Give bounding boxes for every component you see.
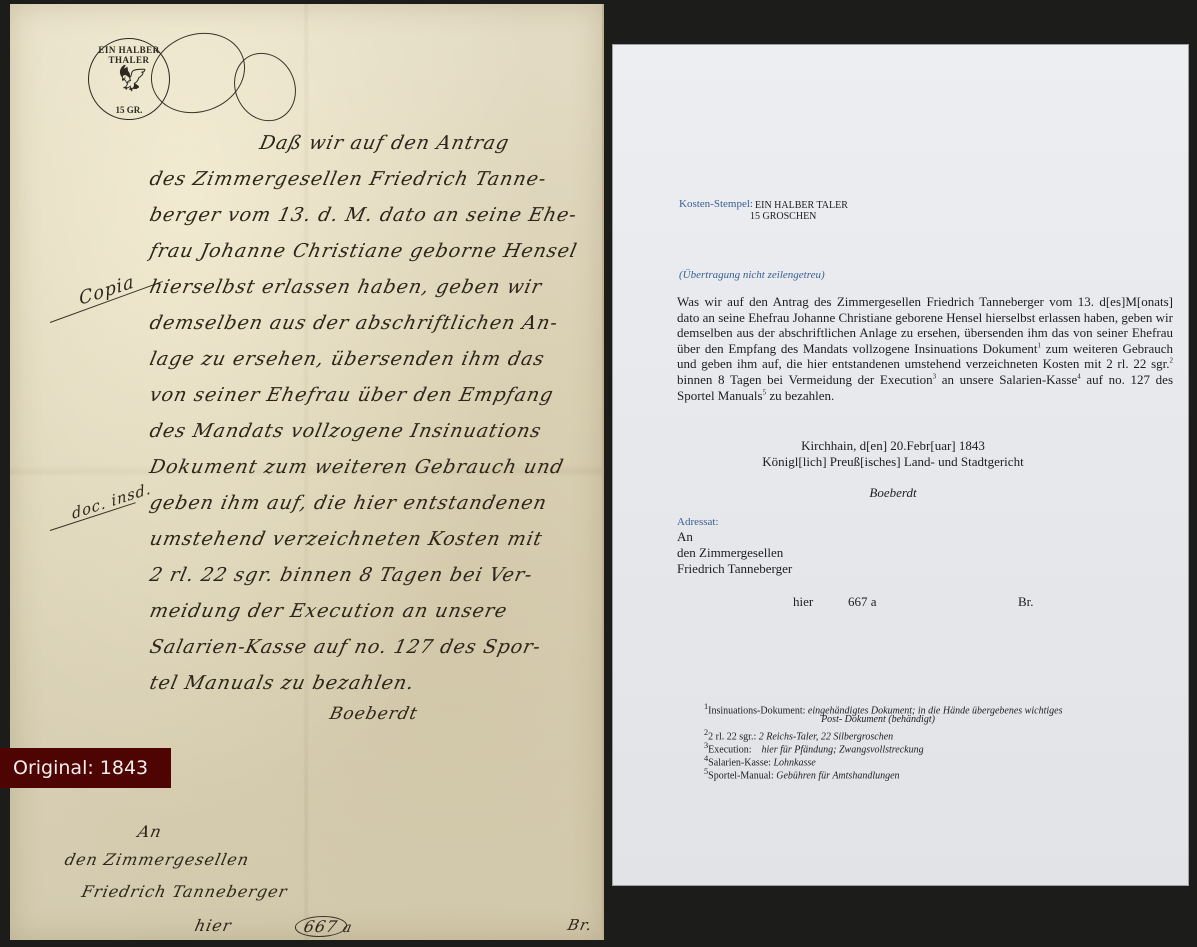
signer-name: Boeberdt — [613, 485, 1188, 500]
handwritten-line: hierselbst erlassen haben, geben wir — [148, 276, 545, 298]
footnote-term: Sportel-Manual: — [708, 770, 774, 781]
handwritten-hier: hier — [193, 916, 234, 935]
handwritten-line: des Mandats vollzogene Insinuations — [148, 420, 544, 442]
address-hier: hier — [793, 594, 813, 609]
handwritten-line: tel Manuals zu bezahlen. — [148, 672, 417, 694]
handwritten-line: von seiner Ehefrau über den Empfang — [148, 384, 556, 406]
handwritten-line: Dokument zum weiteren Gebrauch und — [148, 456, 566, 478]
handwritten-line: umstehend verzeichneten Kosten mit — [148, 528, 545, 550]
address-line: den Zimmergesellen — [677, 545, 783, 560]
handwritten-line: des Zimmergesellen Friedrich Tanne- — [148, 168, 549, 190]
handwritten-line: frau Johanne Christiane geborne Hensel — [148, 240, 580, 262]
stempel-label: Kosten-Stempel: — [679, 197, 753, 212]
body-segment: binnen 8 Tagen bei Vermeidung der Execut… — [677, 372, 933, 387]
body-segment: zu bezahlen. — [766, 388, 834, 403]
transcription-body: Was wir auf den Antrag des Zimmergeselle… — [677, 294, 1173, 403]
eagle-icon: 🦅︎ — [116, 59, 144, 99]
original-document-photo: EIN HALBER THALER 🦅︎ 15 GR. Copia doc. i… — [10, 4, 604, 940]
stempel-value-2: 15 GROSCHEN — [750, 209, 816, 224]
handwritten-address-line: Friedrich Tanneberger — [80, 882, 290, 901]
court-name: Königl[lich] Preuß[isches] Land- und Sta… — [613, 454, 1188, 469]
margin-note-doc-insd: doc. insd. — [71, 479, 153, 523]
handwritten-address-line: den Zimmergesellen — [63, 850, 251, 869]
stamp-bottom-text: 15 GR. — [89, 105, 169, 115]
file-number: 667 a — [848, 594, 877, 609]
place-date: Kirchhain, d[en] 20.Febr[uar] 1843 — [613, 438, 1188, 453]
footnote-1-cont: Post- Dokument (behändigt) — [613, 714, 1188, 727]
handwritten-address-an: An — [136, 822, 164, 841]
handwritten-line: Daß wir auf den Antrag — [258, 132, 512, 154]
handwritten-number-suffix: a — [341, 920, 354, 936]
handwritten-line: berger vom 13. d. M. dato an seine Ehe- — [148, 204, 580, 226]
margin-note-copia: Copia — [78, 271, 136, 310]
address-line: Friedrich Tanneberger — [677, 561, 792, 576]
handwritten-line: lage zu ersehen, übersenden ihm das — [148, 348, 547, 370]
handwritten-line: demselben aus der abschriftlichen An- — [148, 312, 561, 334]
handwritten-line: 2 rl. 22 sgr. binnen 8 Tagen bei Ver- — [148, 564, 535, 586]
handwritten-line: Salarien-Kasse auf no. 127 des Spor- — [148, 636, 543, 658]
handwritten-signature: Boeberdt — [328, 704, 420, 724]
handwritten-line: geben ihm auf, die hier entstandenen — [148, 492, 550, 514]
footnote-5: 5Sportel-Manual: Gebühren für Amtshandlu… — [704, 766, 900, 783]
handwritten-line: meidung der Execution an unsere — [148, 600, 510, 622]
handwritten-number: 667 — [293, 916, 349, 937]
body-segment: an unsere Salarien-Kasse — [936, 372, 1077, 387]
address-line: An — [677, 529, 693, 544]
footnote-def: Post- Dokument (behändigt) — [821, 714, 935, 725]
footnote-def: Gebühren für Amtshandlungen — [776, 770, 899, 781]
address-br: Br. — [1018, 594, 1034, 609]
transcription-page: Kosten-Stempel: EIN HALBER TALER 15 GROS… — [612, 44, 1189, 886]
transcription-note: (Übertragung nicht zeilengetreu) — [679, 268, 825, 283]
footnote-mark: 2 — [1170, 357, 1174, 365]
handwritten-br: Br. — [566, 916, 594, 934]
original-year-badge: Original: 1843 — [0, 748, 171, 788]
